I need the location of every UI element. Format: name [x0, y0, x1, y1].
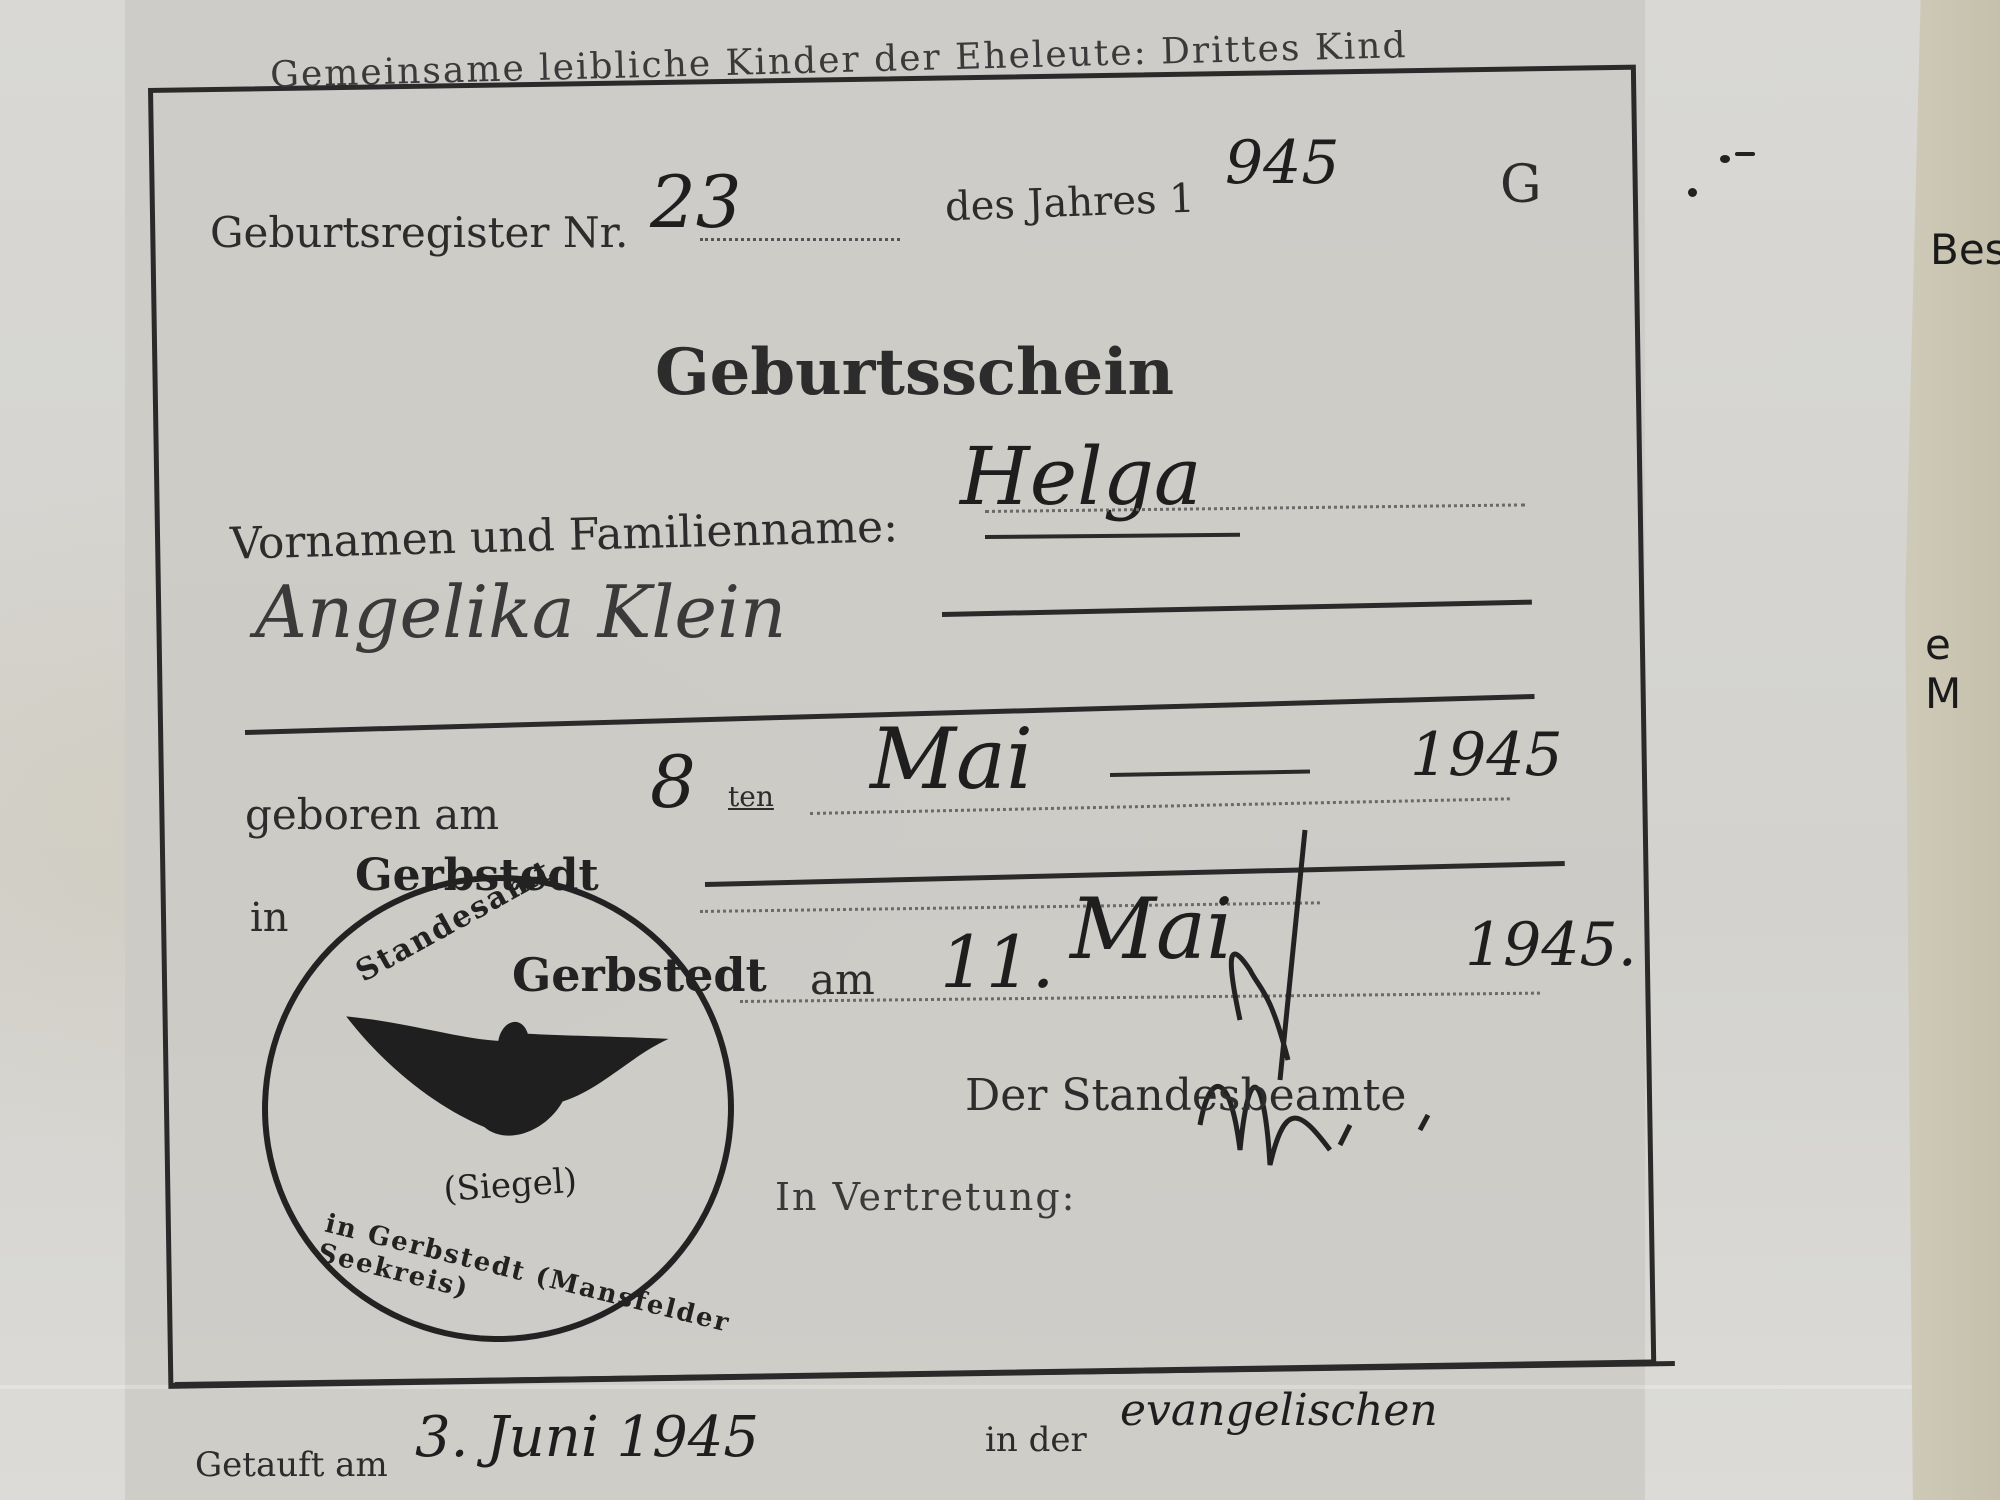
seal-label: (Siegel) [442, 1161, 578, 1210]
baptism-label: Getauft am [195, 1445, 388, 1485]
register-number-label: Geburtsregister Nr. [210, 208, 628, 257]
ink-speck [1688, 188, 1697, 197]
register-dotted-line [700, 238, 900, 241]
birth-certificate-photocopy: Gemeinsame leibliche Kinder der Eheleute… [0, 0, 1940, 1500]
church-label: in der [985, 1420, 1087, 1460]
church-value: evangelischen [1120, 1385, 1438, 1436]
background-page-text: e M [1925, 620, 2000, 718]
deputy-label: In Vertretung: [775, 1175, 1076, 1219]
document-title: Geburtsschein [655, 335, 1174, 410]
ink-speck [1735, 152, 1755, 156]
register-number-value: 23 [650, 160, 742, 244]
ink-speck [1720, 155, 1730, 163]
birth-day-value: 8 [650, 740, 696, 824]
issue-day-value: 11. [940, 920, 1055, 1004]
background-page-text: Best [1930, 225, 2000, 274]
birth-place-label: in [250, 895, 289, 941]
birth-year-value: 1945 [1410, 720, 1563, 790]
registrar-title: Der Standesbeamte [965, 1070, 1406, 1121]
eagle-emblem-icon [346, 984, 676, 1156]
register-year-value: 945 [1225, 128, 1340, 198]
birth-month-value: Mai [870, 710, 1033, 808]
baptism-date-value: 3. Juni 1945 [415, 1405, 759, 1470]
birth-day-suffix: ten [728, 780, 774, 813]
additional-names-value: Angelika Klein [255, 570, 786, 654]
form-code: G [1500, 155, 1542, 215]
register-year-label: des Jahres 1 [944, 176, 1195, 231]
signature-strokes [1170, 820, 1670, 1220]
birth-date-label: geboren am [245, 790, 499, 839]
issue-date-label: am [810, 955, 875, 1004]
